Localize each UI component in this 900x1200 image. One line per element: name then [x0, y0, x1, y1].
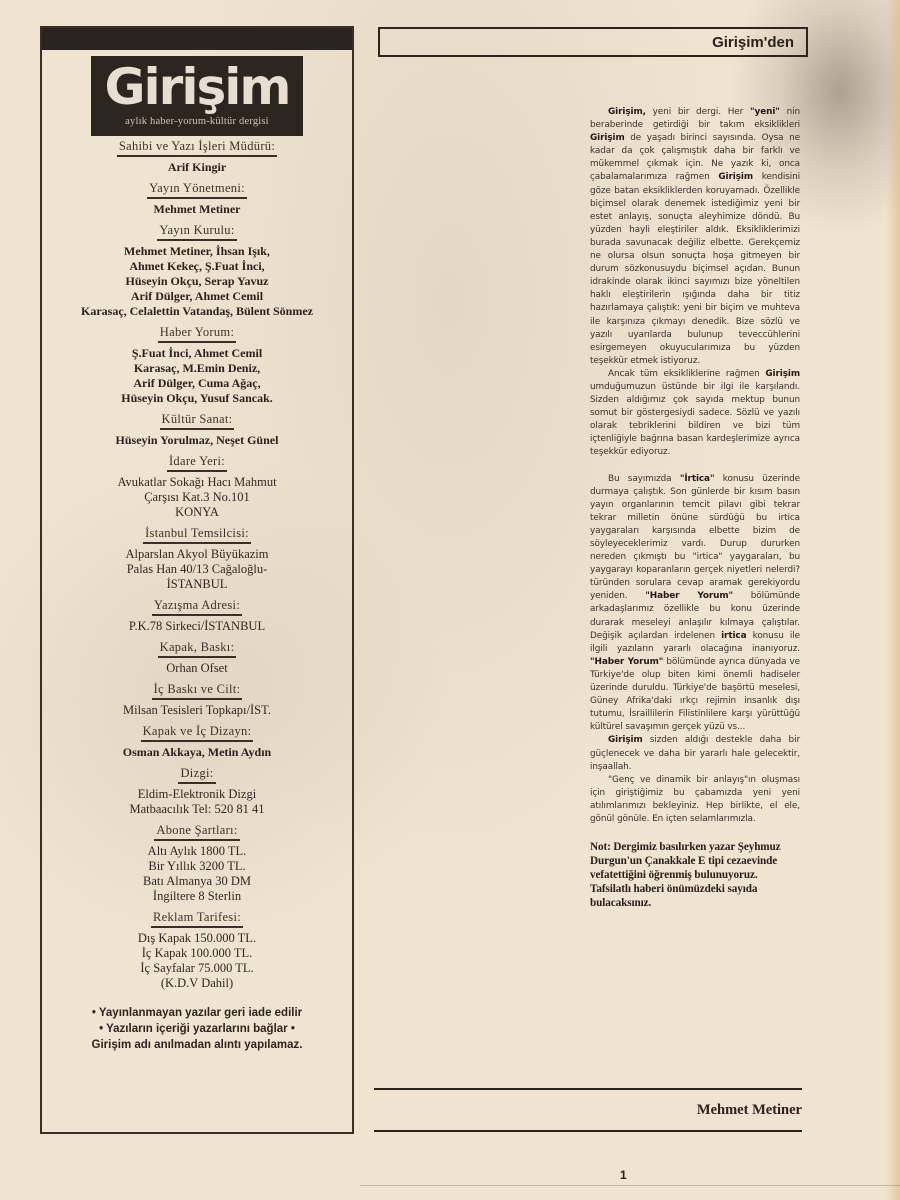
credit-heading: Kapak ve İç Dizayn:: [141, 724, 254, 742]
credit-heading-wrap: Sahibi ve Yazı İşleri Müdürü:: [42, 136, 352, 157]
credit-line: İç Kapak 100.000 TL.: [42, 946, 352, 961]
article-paragraph: Girişim sizden aldığı destekle daha bir …: [590, 734, 800, 773]
credit-lines: Alparslan Akyol BüyükazimPalas Han 40/13…: [42, 547, 352, 592]
magazine-logo: Girişim aylık haber-yorum-kültür dergisi: [91, 56, 303, 136]
credit-heading-wrap: İstanbul Temsilcisi:: [42, 523, 352, 544]
credit-heading-wrap: Kapak ve İç Dizayn:: [42, 721, 352, 742]
credit-lines: Milsan Tesisleri Topkapı/İST.: [42, 703, 352, 718]
article-body: Girişim, yeni bir dergi. Her "yeni" nin …: [590, 106, 800, 826]
credit-line: Osman Akkaya, Metin Aydın: [42, 745, 352, 760]
credit-heading: Reklam Tarifesi:: [151, 910, 243, 928]
credit-heading: Yayın Yönetmeni:: [147, 181, 247, 199]
credit-line: Alparslan Akyol Büyükazim: [42, 547, 352, 562]
article-paragraph: Bu sayımızda "İrtica" konusu üzerinde du…: [590, 473, 800, 735]
note-text: Dergimiz basılırken yazar Şeyhmuz Durgun…: [590, 841, 781, 909]
credit-heading-wrap: Dizgi:: [42, 763, 352, 784]
credit-line: Hüseyin Okçu, Serap Yavuz: [42, 274, 352, 289]
page-bottom-line: [360, 1185, 900, 1186]
credit-heading: Kültür Sanat:: [160, 412, 235, 430]
credit-lines: Dış Kapak 150.000 TL.İç Kapak 100.000 TL…: [42, 931, 352, 991]
masthead-credits: Sahibi ve Yazı İşleri Müdürü:Arif Kingir…: [42, 136, 352, 991]
credit-heading: Dizgi:: [178, 766, 215, 784]
credit-heading-wrap: İç Baskı ve Cilt:: [42, 679, 352, 700]
credit-line: Mehmet Metiner: [42, 202, 352, 217]
credit-heading-wrap: Haber Yorum:: [42, 322, 352, 343]
credit-lines: Mehmet Metiner: [42, 202, 352, 217]
credit-line: Matbaacılık Tel: 520 81 41: [42, 802, 352, 817]
credit-line: Arif Dülger, Cuma Ağaç,: [42, 376, 352, 391]
credit-heading-wrap: Yayın Yönetmeni:: [42, 178, 352, 199]
credit-lines: P.K.78 Sirkeci/İSTANBUL: [42, 619, 352, 634]
credit-line: İç Sayfalar 75.000 TL.: [42, 961, 352, 976]
credit-line: Dış Kapak 150.000 TL.: [42, 931, 352, 946]
signature-rule-top: [374, 1088, 802, 1090]
masthead-box: Girişim aylık haber-yorum-kültür dergisi…: [40, 26, 354, 1134]
credit-line: Palas Han 40/13 Cağaloğlu-: [42, 562, 352, 577]
credit-line: Milsan Tesisleri Topkapı/İST.: [42, 703, 352, 718]
credit-heading: Abone Şartları:: [154, 823, 239, 841]
section-title: Girişim'den: [712, 34, 806, 51]
article-author: Mehmet Metiner: [697, 1102, 802, 1119]
credit-lines: Orhan Ofset: [42, 661, 352, 676]
credit-line: Avukatlar Sokağı Hacı Mahmut: [42, 475, 352, 490]
credit-heading: Yazışma Adresi:: [152, 598, 242, 616]
credit-line: Çarşısı Kat.3 No.101: [42, 490, 352, 505]
credit-lines: Arif Kingir: [42, 160, 352, 175]
masthead-notes: • Yayınlanmayan yazılar geri iade edilir…: [42, 1005, 352, 1053]
credit-heading-wrap: Reklam Tarifesi:: [42, 907, 352, 928]
credit-line: İSTANBUL: [42, 577, 352, 592]
note-label: Not:: [590, 841, 611, 853]
credit-heading: Yayın Kurulu:: [157, 223, 236, 241]
credit-line: Ahmet Kekeç, Ş.Fuat İnci,: [42, 259, 352, 274]
signature-rule-bottom: [374, 1130, 802, 1132]
credit-lines: Ş.Fuat İnci, Ahmet CemilKarasaç, M.Emin …: [42, 346, 352, 406]
credit-line: KONYA: [42, 505, 352, 520]
editor-note: Not: Dergimiz basılırken yazar Şeyhmuz D…: [590, 840, 800, 910]
credit-heading: Sahibi ve Yazı İşleri Müdürü:: [117, 139, 277, 157]
credit-lines: Eldim-Elektronik DizgiMatbaacılık Tel: 5…: [42, 787, 352, 817]
credit-line: Altı Aylık 1800 TL.: [42, 844, 352, 859]
page-edge: [886, 0, 900, 1200]
editorial-article: Girişim, yeni bir dergi. Her "yeni" nin …: [590, 106, 800, 910]
credit-heading: İstanbul Temsilcisi:: [143, 526, 251, 544]
credit-lines: Avukatlar Sokağı Hacı MahmutÇarşısı Kat.…: [42, 475, 352, 520]
masthead-note: • Yazıların içeriği yazarlarını bağlar •: [42, 1021, 352, 1037]
credit-lines: Altı Aylık 1800 TL.Bir Yıllık 3200 TL.Ba…: [42, 844, 352, 904]
credit-line: Bir Yıllık 3200 TL.: [42, 859, 352, 874]
logo-text: Girişim: [105, 58, 290, 116]
article-paragraph: Girişim, yeni bir dergi. Her "yeni" nin …: [590, 106, 800, 368]
credit-line: Hüseyin Okçu, Yusuf Sancak.: [42, 391, 352, 406]
logo-tagline: aylık haber-yorum-kültür dergisi: [125, 116, 269, 128]
credit-heading-wrap: Yazışma Adresi:: [42, 595, 352, 616]
section-header-box: Girişim'den: [378, 27, 808, 57]
credit-line: Karasaç, M.Emin Deniz,: [42, 361, 352, 376]
article-paragraph: Ancak tüm eksikliklerine rağmen Girişim …: [590, 368, 800, 460]
credit-line: Karasaç, Celalettin Vatandaş, Bülent Sön…: [42, 304, 352, 319]
credit-heading: İç Baskı ve Cilt:: [152, 682, 243, 700]
credit-heading: Kapak, Baskı:: [158, 640, 237, 658]
masthead-note: Girişim adı anılmadan alıntı yapılamaz.: [42, 1037, 352, 1053]
article-paragraph: "Genç ve dinamik bir anlayış"ın oluşması…: [590, 774, 800, 826]
credit-line: Batı Almanya 30 DM: [42, 874, 352, 889]
credit-line: (K.D.V Dahil): [42, 976, 352, 991]
credit-lines: Hüseyin Yorulmaz, Neşet Günel: [42, 433, 352, 448]
credit-heading: Haber Yorum:: [158, 325, 236, 343]
credit-line: Orhan Ofset: [42, 661, 352, 676]
credit-lines: Mehmet Metiner, İhsan Işık,Ahmet Kekeç, …: [42, 244, 352, 319]
credit-heading: İdare Yeri:: [167, 454, 227, 472]
masthead-note: • Yayınlanmayan yazılar geri iade edilir: [42, 1005, 352, 1021]
credit-line: İngiltere 8 Sterlin: [42, 889, 352, 904]
credit-line: Mehmet Metiner, İhsan Işık,: [42, 244, 352, 259]
credit-heading-wrap: İdare Yeri:: [42, 451, 352, 472]
credit-line: Eldim-Elektronik Dizgi: [42, 787, 352, 802]
credit-heading-wrap: Kapak, Baskı:: [42, 637, 352, 658]
credit-heading-wrap: Kültür Sanat:: [42, 409, 352, 430]
credit-line: Ş.Fuat İnci, Ahmet Cemil: [42, 346, 352, 361]
credit-heading-wrap: Yayın Kurulu:: [42, 220, 352, 241]
credit-line: Hüseyin Yorulmaz, Neşet Günel: [42, 433, 352, 448]
credit-line: Arif Dülger, Ahmet Cemil: [42, 289, 352, 304]
credit-line: P.K.78 Sirkeci/İSTANBUL: [42, 619, 352, 634]
masthead-top-bar: [42, 28, 352, 50]
credit-line: Arif Kingir: [42, 160, 352, 175]
credit-lines: Osman Akkaya, Metin Aydın: [42, 745, 352, 760]
credit-heading-wrap: Abone Şartları:: [42, 820, 352, 841]
page-mark: 1: [620, 1168, 627, 1182]
